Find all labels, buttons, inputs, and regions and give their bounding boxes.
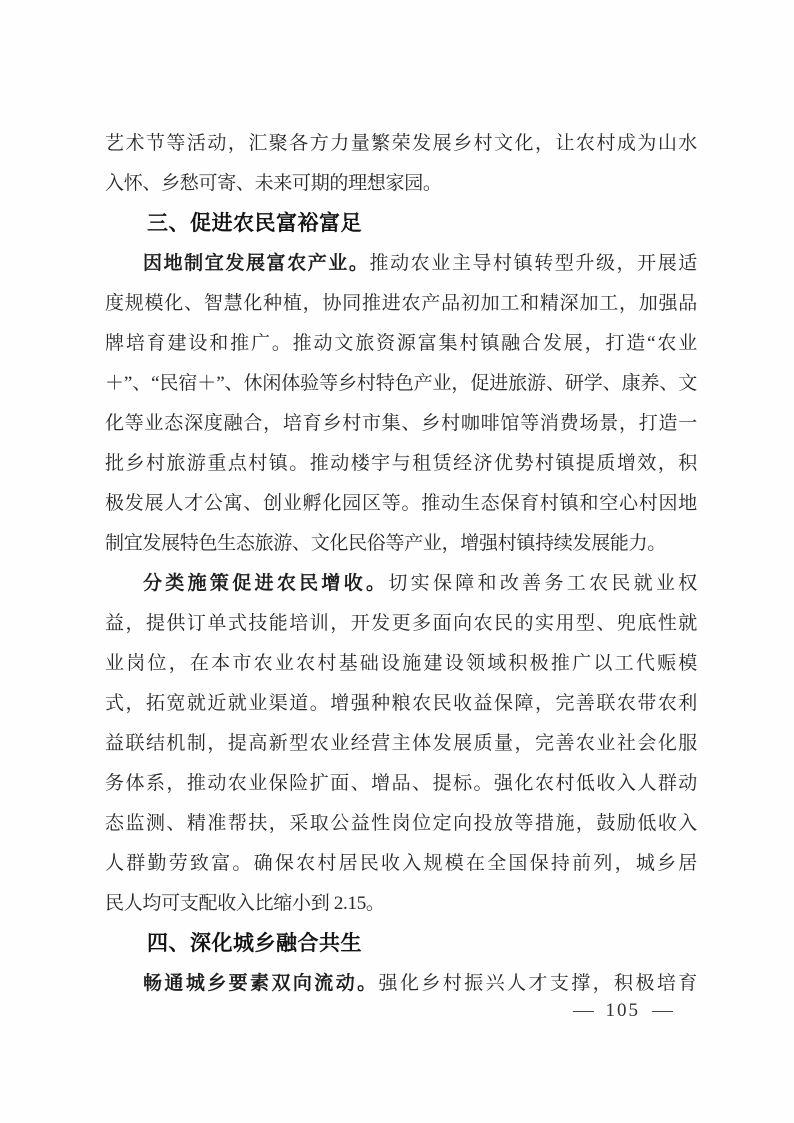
body-text-line: 务体系，推动农业保险扩面、增品、提标。强化农村低收入人群动: [105, 764, 697, 804]
paragraph-lead-emphasis: 畅通城乡要素双向流动。: [143, 973, 379, 994]
body-text-line: 民人均可支配收入比缩小到 2.15。: [105, 884, 697, 924]
body-text-line: 业岗位，在本市农业农村基础设施建设领域积极推广以工代赈模: [105, 644, 697, 684]
paragraph-lead-emphasis: 因地制宜发展富农产业。: [143, 253, 369, 274]
document-page: 艺术节等活动，汇聚各方力量繁荣发展乡村文化，让农村成为山水入怀、乡愁可寄、未来可…: [0, 0, 794, 1123]
body-text-line: 制宜发展特色生态旅游、文化民俗等产业，增强村镇持续发展能力。: [105, 524, 697, 564]
body-text-line: 因地制宜发展富农产业。推动农业主导村镇转型升级，开展适: [105, 244, 697, 284]
document-body: 艺术节等活动，汇聚各方力量繁荣发展乡村文化，让农村成为山水入怀、乡愁可寄、未来可…: [105, 124, 697, 1004]
body-text-line: 入怀、乡愁可寄、未来可期的理想家园。: [105, 164, 697, 204]
body-text-line: 益联结机制，提高新型农业经营主体发展质量，完善农业社会化服: [105, 724, 697, 764]
body-text-line: 牌培育建设和推广。推动文旅资源富集村镇融合发展，打造“农业: [105, 324, 697, 364]
body-text-line: 艺术节等活动，汇聚各方力量繁荣发展乡村文化，让农村成为山水: [105, 124, 697, 164]
body-text-line: 化等业态深度融合，培育乡村市集、乡村咖啡馆等消费场景，打造一: [105, 404, 697, 444]
page-footer: —105—: [574, 998, 673, 1024]
body-text-line: 批乡村旅游重点村镇。推动楼宇与租赁经济优势村镇提质增效，积: [105, 444, 697, 484]
body-text-line: 益，提供订单式技能培训，开发更多面向农民的实用型、兜底性就: [105, 604, 697, 644]
section-heading: 四、深化城乡融合共生: [105, 924, 697, 964]
body-text-line: 度规模化、智慧化种植，协同推进农产品初加工和精深加工，加强品: [105, 284, 697, 324]
section-heading: 三、促进农民富裕富足: [105, 204, 697, 244]
page-number: 105: [606, 998, 641, 1024]
footer-dash-left: —: [573, 998, 594, 1024]
body-text-line: 分类施策促进农民增收。切实保障和改善务工农民就业权: [105, 564, 697, 604]
body-text-line: 态监测、精准帮扶，采取公益性岗位定向投放等措施，鼓励低收入: [105, 804, 697, 844]
body-text-line: 人群勤劳致富。确保农村居民收入规模在全国保持前列，城乡居: [105, 844, 697, 884]
body-text-line: 式，拓宽就近就业渠道。增强种粮农民收益保障，完善联农带农利: [105, 684, 697, 724]
footer-dash-right: —: [652, 998, 673, 1024]
body-text-line: 极发展人才公寓、创业孵化园区等。推动生态保育村镇和空心村因地: [105, 484, 697, 524]
paragraph-lead-emphasis: 分类施策促进农民增收。: [143, 573, 388, 594]
body-text-line: ＋”、“民宿＋”、休闲体验等乡村特色产业，促进旅游、研学、康养、文: [105, 364, 697, 404]
